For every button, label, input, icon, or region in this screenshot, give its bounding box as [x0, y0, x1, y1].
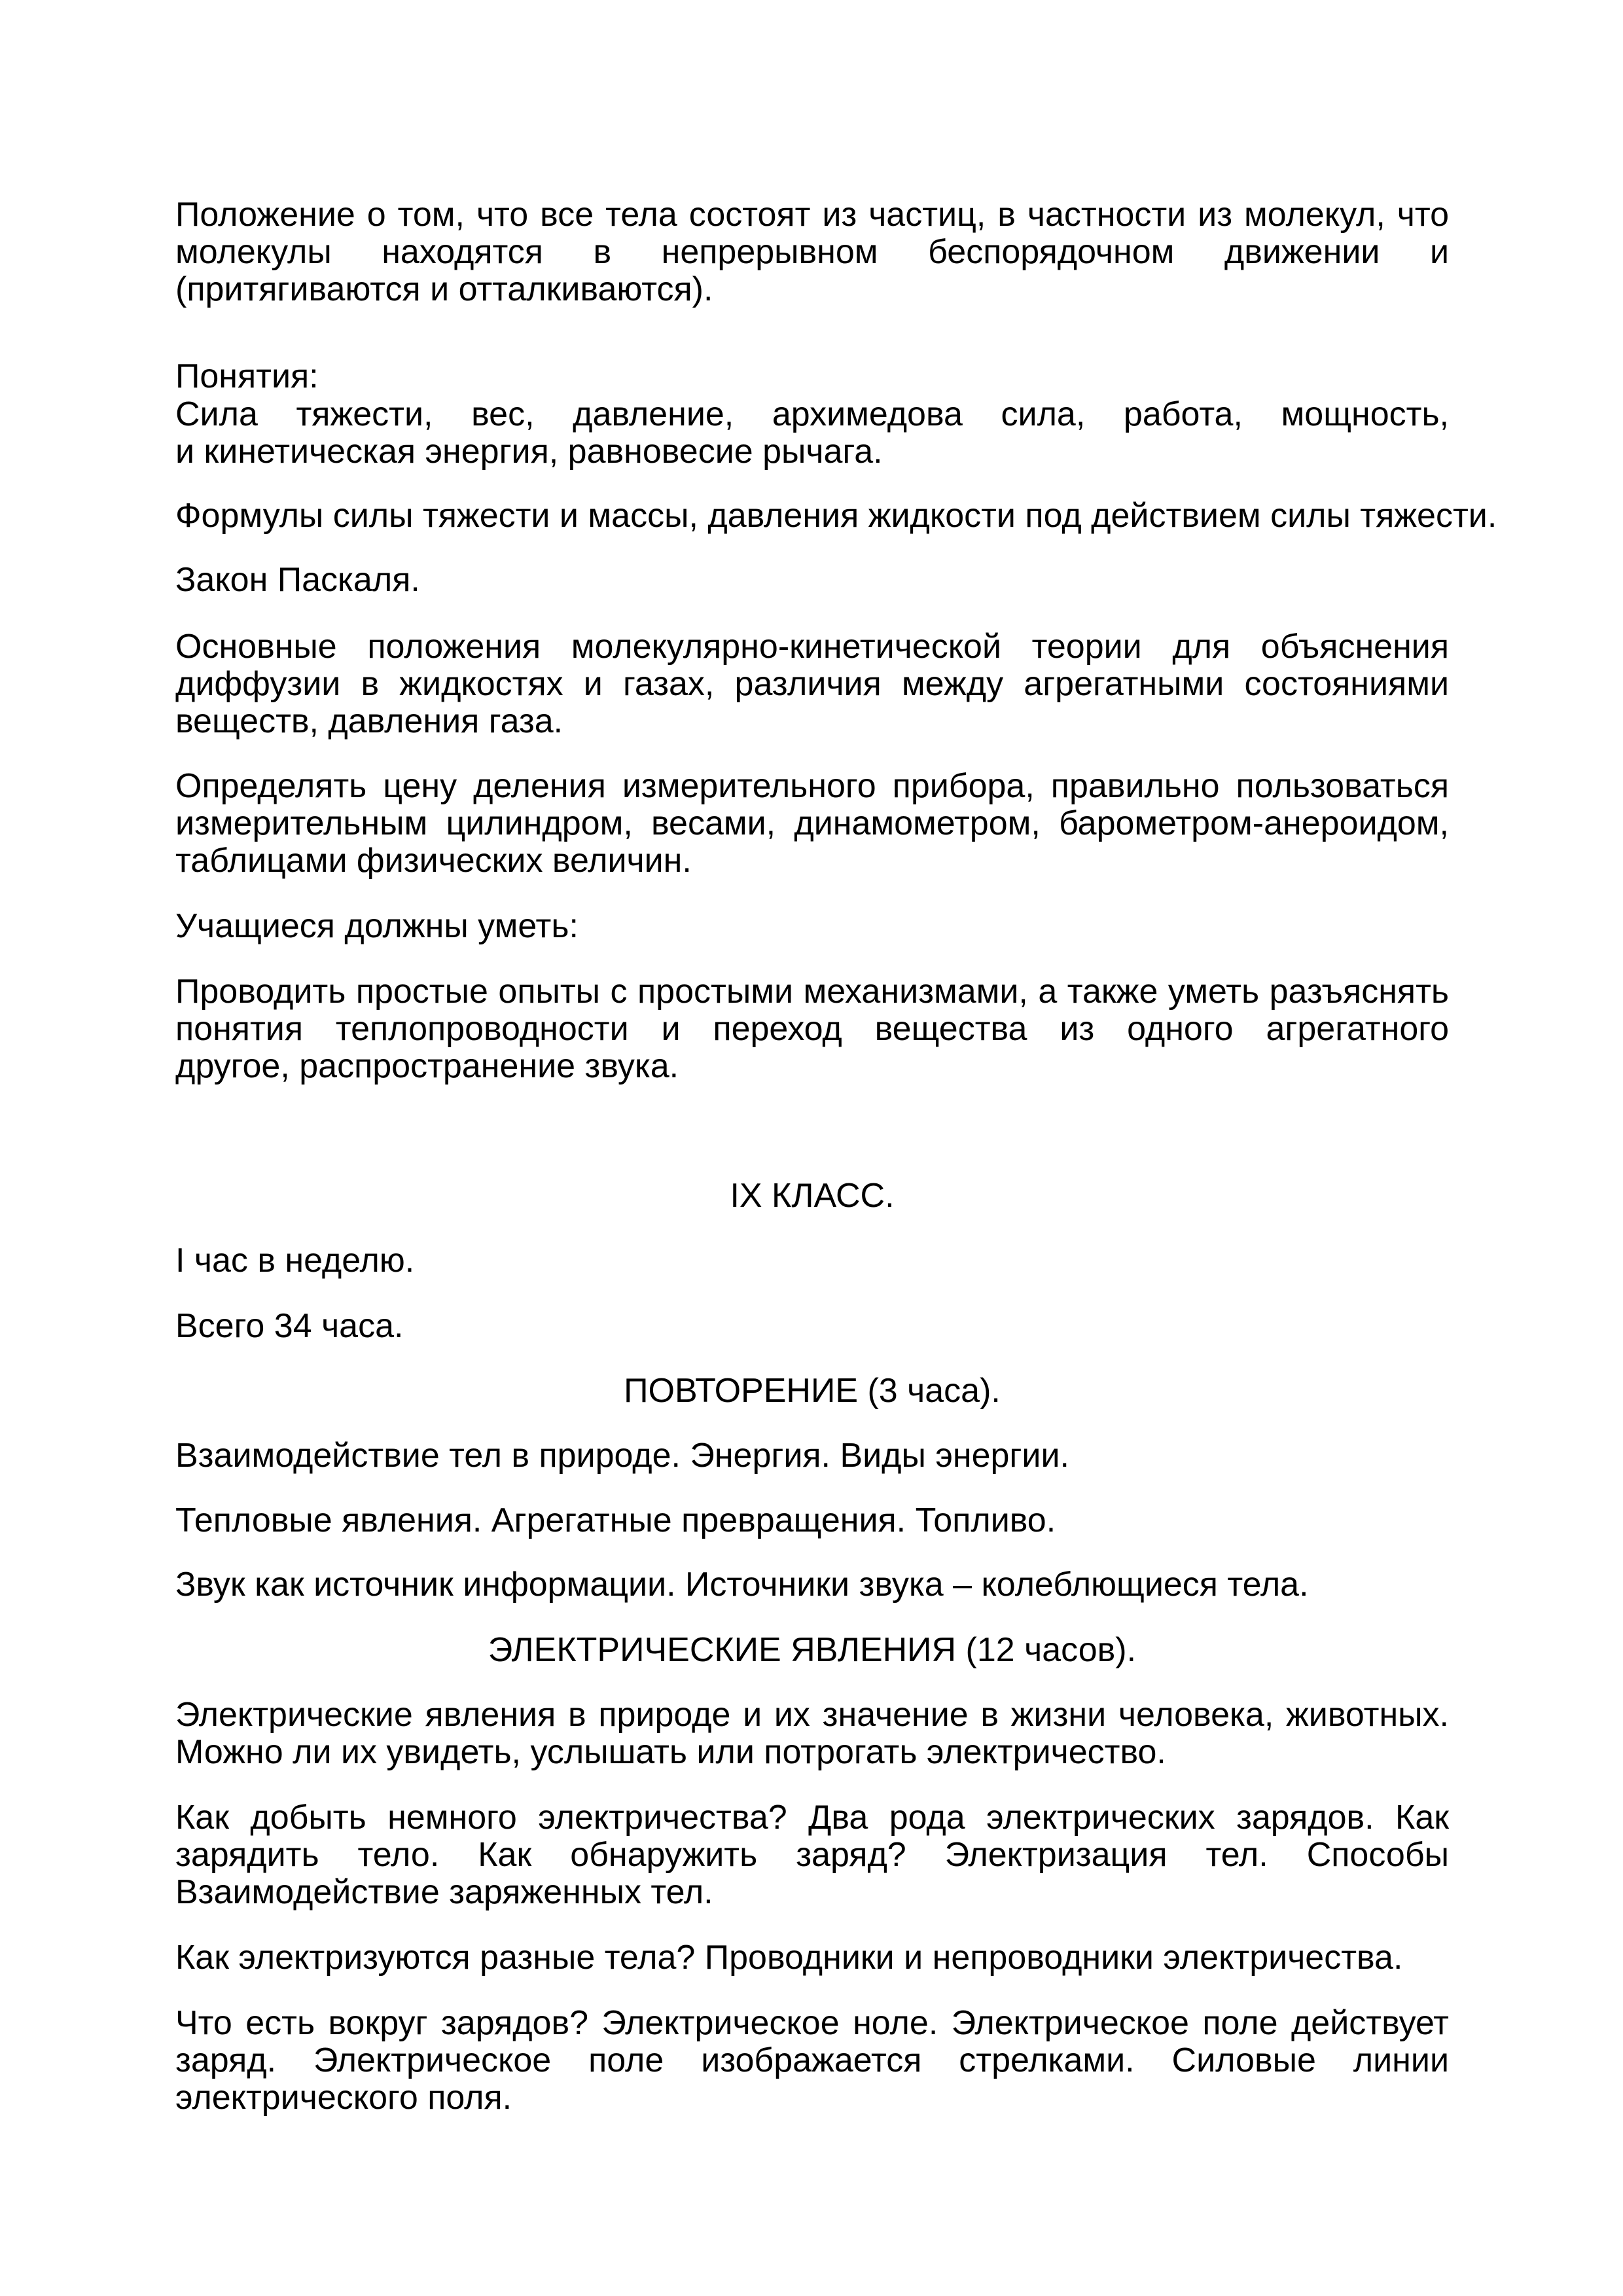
text-line: Тепловые явления. Агрегатные превращения… [175, 1502, 1449, 1539]
paragraph-electric-field: Что есть вокруг зарядов? Электрическое н… [175, 2005, 1449, 2117]
paragraph-pascal-law: Закон Паскаля. [175, 562, 1449, 599]
text-line: Понятия: [175, 358, 1449, 395]
text-line: Определять цену деления измерительного п… [175, 768, 1449, 805]
paragraph-students-should: Учащиеся должны уметь: [175, 908, 1449, 945]
text-line: измерительным цилиндром, весами, динамом… [175, 805, 1449, 842]
text-line: Можно ли их увидеть, услышать или потрог… [175, 1734, 1449, 1771]
paragraph-total-hours: Всего 34 часа. [175, 1308, 1449, 1345]
text-line: Всего 34 часа. [175, 1308, 1449, 1345]
paragraph-interaction-energy: Взаимодействие тел в природе. Энергия. В… [175, 1437, 1449, 1475]
paragraph-formulas: Формулы силы тяжести и массы, давления ж… [175, 497, 1449, 535]
paragraph-concepts-label: Понятия: [175, 358, 1449, 395]
text-line: таблицами физических величин. [175, 842, 1449, 880]
text-line: диффузии в жидкостях и газах, различия м… [175, 666, 1449, 703]
text-line: Положение о том, что все тела состоят из… [175, 196, 1449, 234]
paragraph-hours-per-week: I час в неделю. [175, 1242, 1449, 1280]
text-line: и кинетическая энергия, равновесие рычаг… [175, 433, 1449, 471]
text-line: электрического поля. [175, 2079, 1449, 2117]
text-line: заряд. Электрическое поле изображается с… [175, 2042, 1449, 2079]
text-line: Сила тяжести, вес, давление, архимедова … [175, 396, 1449, 433]
text-line: зарядить тело. Как обнаружить заряд? Эле… [175, 1837, 1449, 1874]
text-line: Взаимодействие тел в природе. Энергия. В… [175, 1437, 1449, 1475]
text-line: Как добыть немного электричества? Два ро… [175, 1799, 1449, 1837]
text-line: молекулы находятся в непрерывном беспоря… [175, 234, 1449, 271]
text-line: веществ, давления газа. [175, 703, 1449, 740]
text-line: Как электризуются разные тела? Проводник… [175, 1939, 1449, 1977]
heading-review: ПОВТОРЕНИЕ (3 часа). [175, 1372, 1449, 1410]
paragraph-electric-charges: Как добыть немного электричества? Два ро… [175, 1799, 1449, 1911]
text-line: Закон Паскаля. [175, 562, 1449, 599]
paragraph-electric-nature: Электрические явления в природе и их зна… [175, 1696, 1449, 1771]
text-line: Электрические явления в природе и их зна… [175, 1696, 1449, 1734]
paragraph-concepts-list: Сила тяжести, вес, давление, архимедова … [175, 396, 1449, 471]
heading-text: ЭЛЕКТРИЧЕСКИЕ ЯВЛЕНИЯ (12 часов). [175, 1632, 1449, 1669]
paragraph-measurement-skills: Определять цену деления измерительного п… [175, 768, 1449, 880]
heading-text: ПОВТОРЕНИЕ (3 часа). [175, 1372, 1449, 1410]
text-line: другое, распространение звука. [175, 1048, 1449, 1085]
heading-electric-phenomena: ЭЛЕКТРИЧЕСКИЕ ЯВЛЕНИЯ (12 часов). [175, 1632, 1449, 1669]
paragraph-thermal: Тепловые явления. Агрегатные превращения… [175, 1502, 1449, 1539]
document-page: Положение о том, что все тела состоят из… [0, 0, 1623, 2296]
paragraph-molecules: Положение о том, что все тела состоят из… [175, 196, 1449, 308]
heading-text: IX КЛАСС. [175, 1177, 1449, 1215]
text-line: I час в неделю. [175, 1242, 1449, 1280]
text-line: Проводить простые опыты с простыми механ… [175, 973, 1449, 1011]
text-line: Учащиеся должны уметь: [175, 908, 1449, 945]
paragraph-conductors: Как электризуются разные тела? Проводник… [175, 1939, 1449, 1977]
text-line: (притягиваются и отталкиваются). [175, 271, 1449, 308]
text-line: понятия теплопроводности и переход вещес… [175, 1011, 1449, 1048]
text-line: Формулы силы тяжести и массы, давления ж… [175, 497, 1449, 535]
text-line: Что есть вокруг зарядов? Электрическое н… [175, 2005, 1449, 2042]
paragraph-experiments: Проводить простые опыты с простыми механ… [175, 973, 1449, 1085]
heading-grade-9: IX КЛАСС. [175, 1177, 1449, 1215]
text-line: Основные положения молекулярно-кинетичес… [175, 628, 1449, 666]
paragraph-sound: Звук как источник информации. Источники … [175, 1566, 1449, 1604]
text-line: Взаимодействие заряженных тел. [175, 1874, 1449, 1911]
text-line: Звук как источник информации. Источники … [175, 1566, 1449, 1604]
paragraph-mkt-theory: Основные положения молекулярно-кинетичес… [175, 628, 1449, 740]
